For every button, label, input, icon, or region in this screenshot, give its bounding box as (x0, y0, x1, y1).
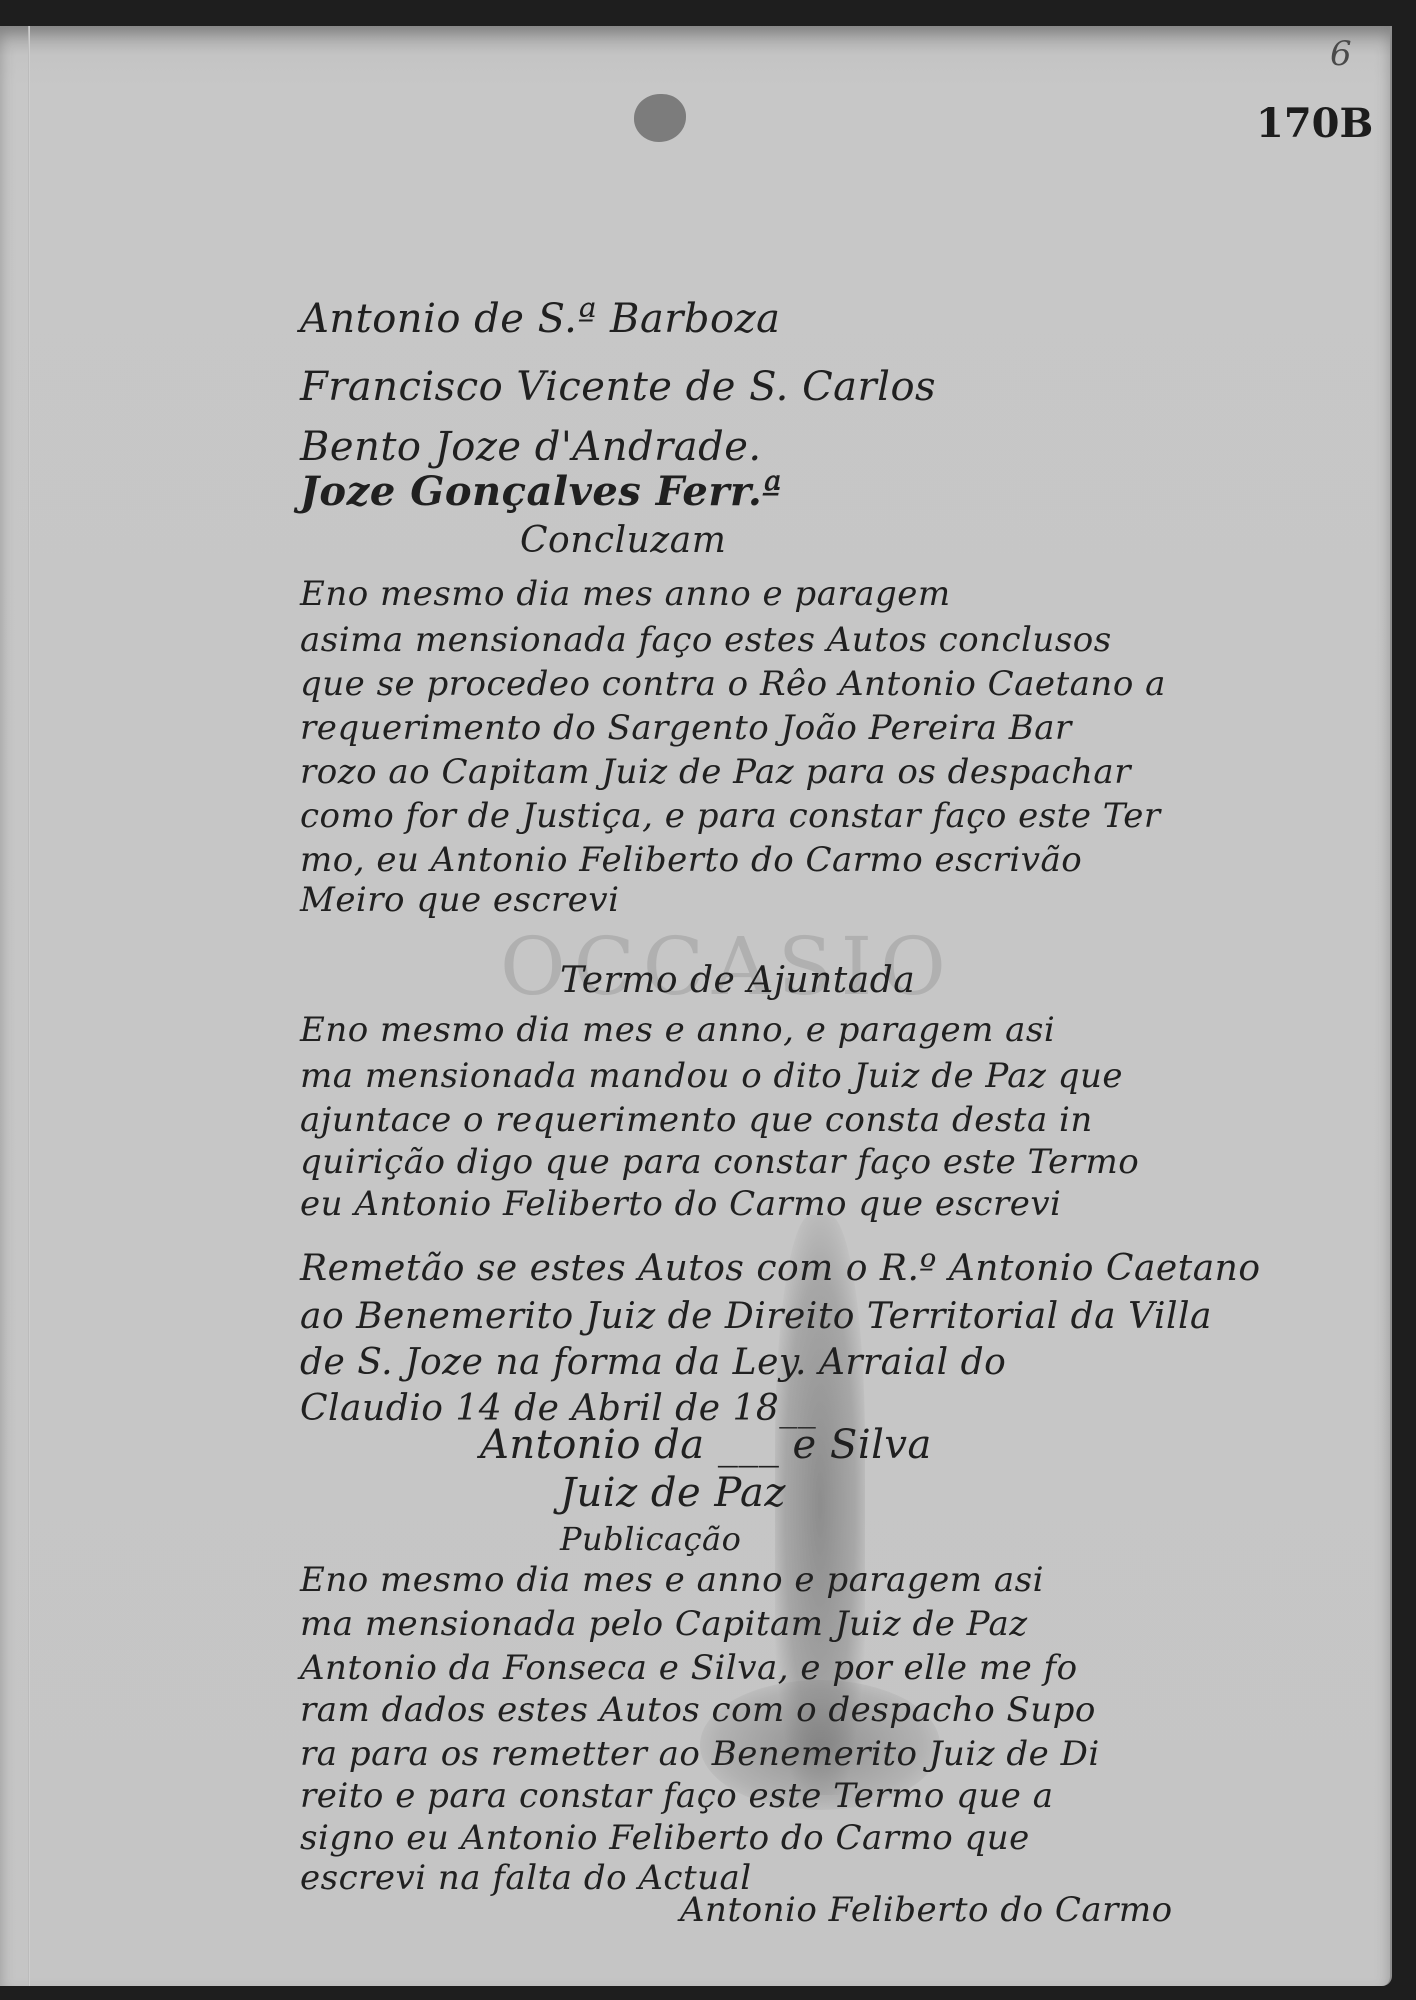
text-line: eu Antonio Feliberto do Carmo que escrev… (300, 1184, 1061, 1224)
folio-number-pencil: 6 (1330, 34, 1352, 74)
section-heading-publicacao: Publicação (560, 1520, 741, 1558)
text-line: Meiro que escrevi (300, 880, 620, 920)
text-line: ajuntace o requerimento que consta desta… (300, 1100, 1093, 1140)
signature-line: Bento Joze d'Andrade. (300, 424, 762, 470)
signature-line: Francisco Vicente de S. Carlos (300, 364, 936, 410)
text-line: requerimento do Sargento João Pereira Ba… (300, 708, 1072, 748)
text-line: Eno mesmo dia mes e anno, e paragem asi (300, 1010, 1055, 1050)
judge-title: Juiz de Paz (560, 1470, 786, 1516)
text-line: ma mensionada mandou o dito Juiz de Paz … (300, 1056, 1123, 1096)
page-crease (28, 26, 30, 1986)
text-line: como for de Justiça, e para constar faço… (300, 796, 1161, 836)
text-line: signo eu Antonio Feliberto do Carmo que (300, 1818, 1030, 1858)
scribe-signature: Antonio Feliberto do Carmo (680, 1890, 1173, 1930)
folio-number-ink: 170B (1256, 100, 1373, 147)
text-line: Eno mesmo dia mes e anno e paragem asi (300, 1560, 1044, 1600)
text-line: que se procedeo contra o Rêo Antonio Cae… (300, 664, 1166, 704)
text-line: ma mensionada pelo Capitam Juiz de Paz (300, 1604, 1028, 1644)
text-line: quirição digo que para constar faço este… (300, 1142, 1139, 1182)
signature-line: Joze Gonçalves Ferr.ª (300, 468, 782, 515)
text-line: ao Benemerito Juiz de Direito Territoria… (300, 1296, 1212, 1337)
text-line: mo, eu Antonio Feliberto do Carmo escriv… (300, 840, 1082, 880)
text-line: reito e para constar faço este Termo que… (300, 1776, 1053, 1816)
text-line: ra para os remetter ao Benemerito Juiz d… (300, 1734, 1100, 1774)
text-line: ram dados estes Autos com o despacho Sup… (300, 1690, 1096, 1730)
text-line: asima mensionada faço estes Autos conclu… (300, 620, 1112, 660)
signature-line: Antonio de S.ª Barboza (300, 296, 781, 342)
text-line: Remetão se estes Autos com o R.º Antonio… (300, 1248, 1261, 1289)
text-line: Antonio da Fonseca e Silva, e por elle m… (300, 1648, 1078, 1688)
judge-signature: Antonio da ___ e Silva (480, 1422, 932, 1468)
text-line: Eno mesmo dia mes anno e paragem (300, 574, 951, 614)
text-line: de S. Joze na forma da Ley. Arraial do (300, 1342, 1006, 1383)
section-heading-conclusao: Concluzam (520, 520, 726, 561)
section-heading-ajuntada: Termo de Ajuntada (560, 960, 915, 1001)
text-line: rozo ao Capitam Juiz de Paz para os desp… (300, 752, 1131, 792)
